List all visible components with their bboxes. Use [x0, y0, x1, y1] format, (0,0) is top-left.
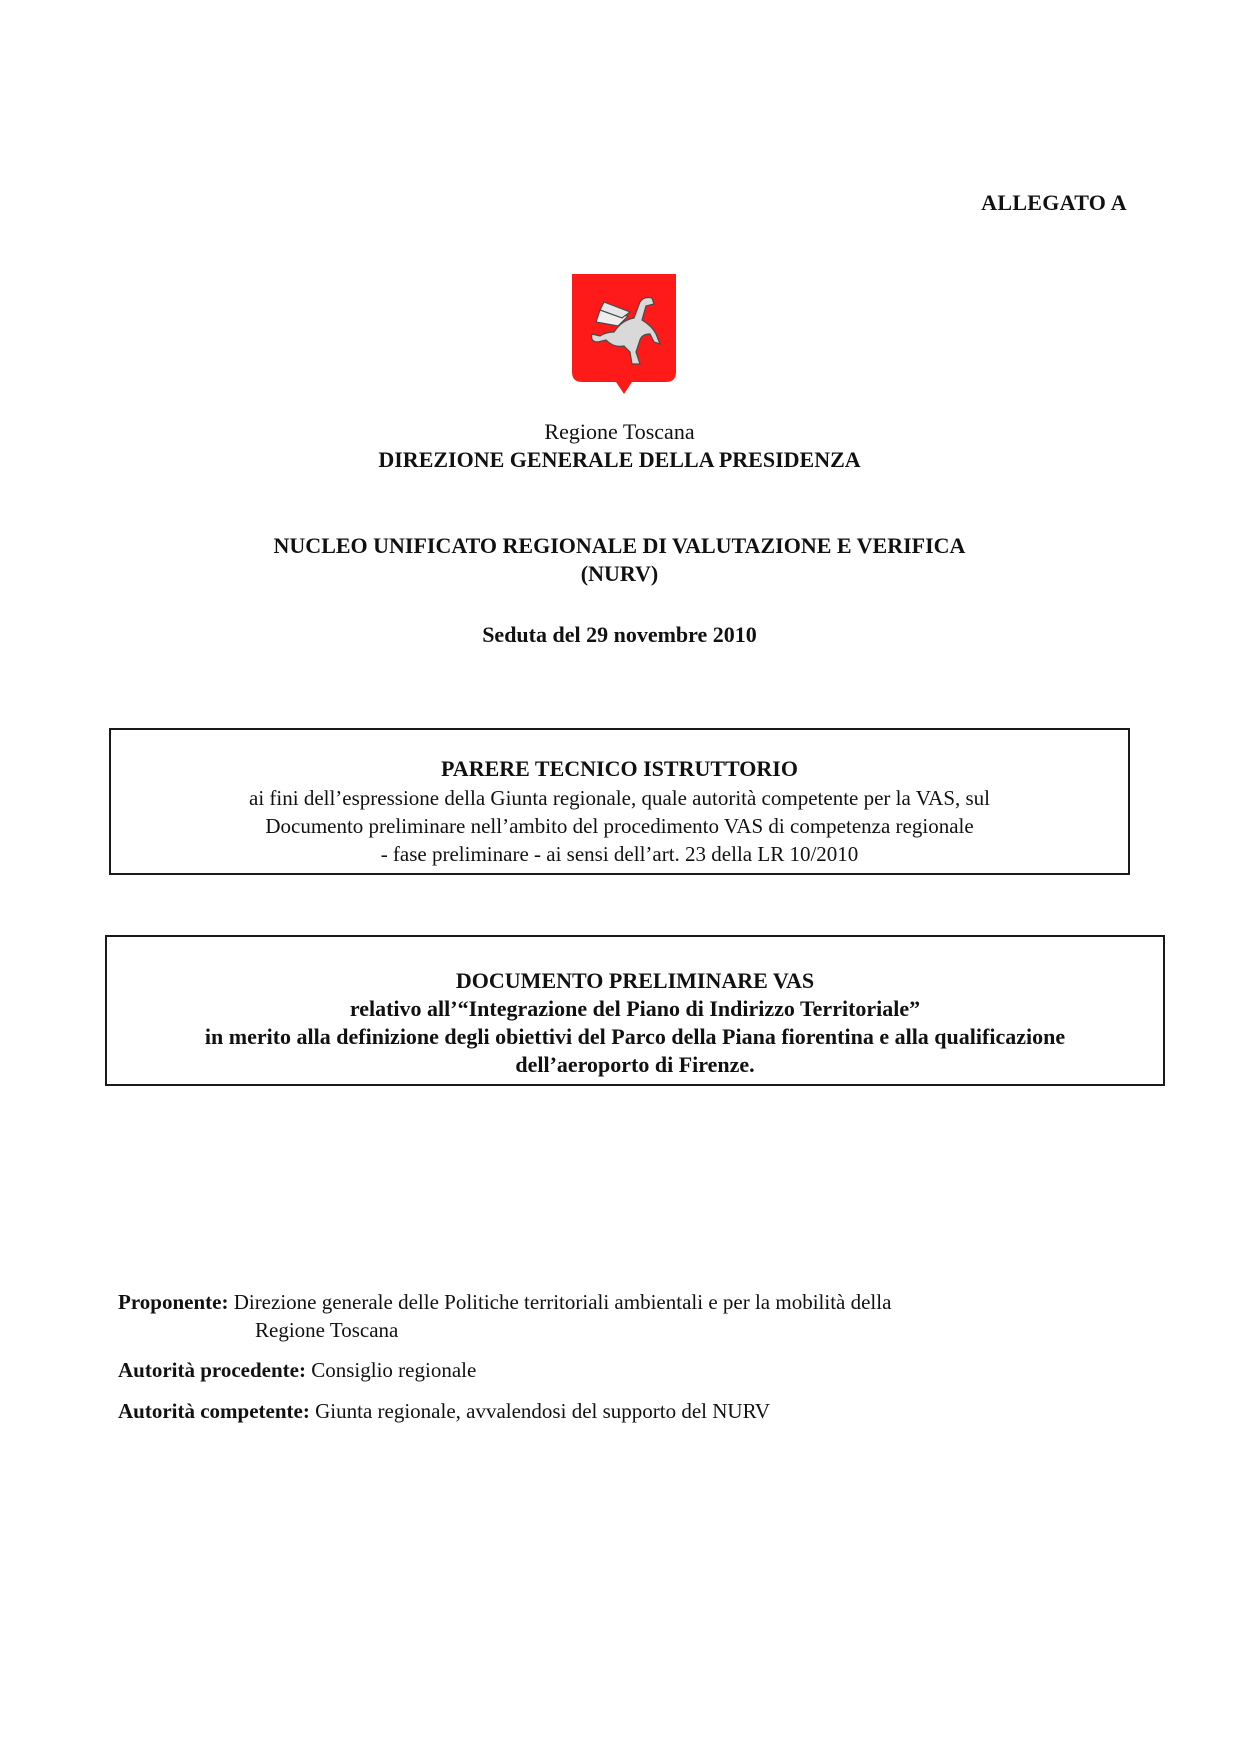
direction-title: DIREZIONE GENERALE DELLA PRESIDENZA [0, 447, 1239, 473]
document-line: dell’aeroporto di Firenze. [107, 1051, 1163, 1079]
region-name: Regione Toscana [0, 419, 1239, 445]
proponente-value-continued: Regione Toscana [118, 1316, 1058, 1344]
session-date: Seduta del 29 novembre 2010 [0, 622, 1239, 648]
opinion-title: PARERE TECNICO ISTRUTTORIO [111, 754, 1128, 784]
autorita-procedente-row: Autorità procedente: Consiglio regionale [118, 1356, 476, 1384]
autorita-competente-row: Autorità competente: Giunta regionale, a… [118, 1397, 770, 1425]
autorita-competente-value: Giunta regionale, avvalendosi del suppor… [315, 1399, 770, 1423]
document-title: DOCUMENTO PRELIMINARE VAS [107, 967, 1163, 995]
body-title: NUCLEO UNIFICATO REGIONALE DI VALUTAZION… [0, 533, 1239, 559]
autorita-competente-label: Autorità competente: [118, 1399, 310, 1423]
autorita-procedente-label: Autorità procedente: [118, 1358, 306, 1382]
body-abbreviation: (NURV) [0, 561, 1239, 587]
document-box: DOCUMENTO PRELIMINARE VAS relativo all’“… [105, 935, 1165, 1086]
annex-label: ALLEGATO A [981, 190, 1127, 216]
proponente-row: Proponente: Direzione generale delle Pol… [118, 1288, 1058, 1344]
toscana-pegasus-crest-icon [570, 272, 678, 396]
document-line: relativo all’“Integrazione del Piano di … [107, 995, 1163, 1023]
opinion-line: - fase preliminare - ai sensi dell’art. … [111, 840, 1128, 868]
autorita-procedente-value: Consiglio regionale [311, 1358, 476, 1382]
proponente-label: Proponente: [118, 1290, 228, 1314]
proponente-value: Direzione generale delle Politiche terri… [234, 1290, 892, 1314]
opinion-line: ai fini dell’espressione della Giunta re… [111, 784, 1128, 812]
document-line: in merito alla definizione degli obietti… [107, 1023, 1163, 1051]
opinion-box: PARERE TECNICO ISTRUTTORIO ai fini dell’… [109, 728, 1130, 875]
opinion-line: Documento preliminare nell’ambito del pr… [111, 812, 1128, 840]
